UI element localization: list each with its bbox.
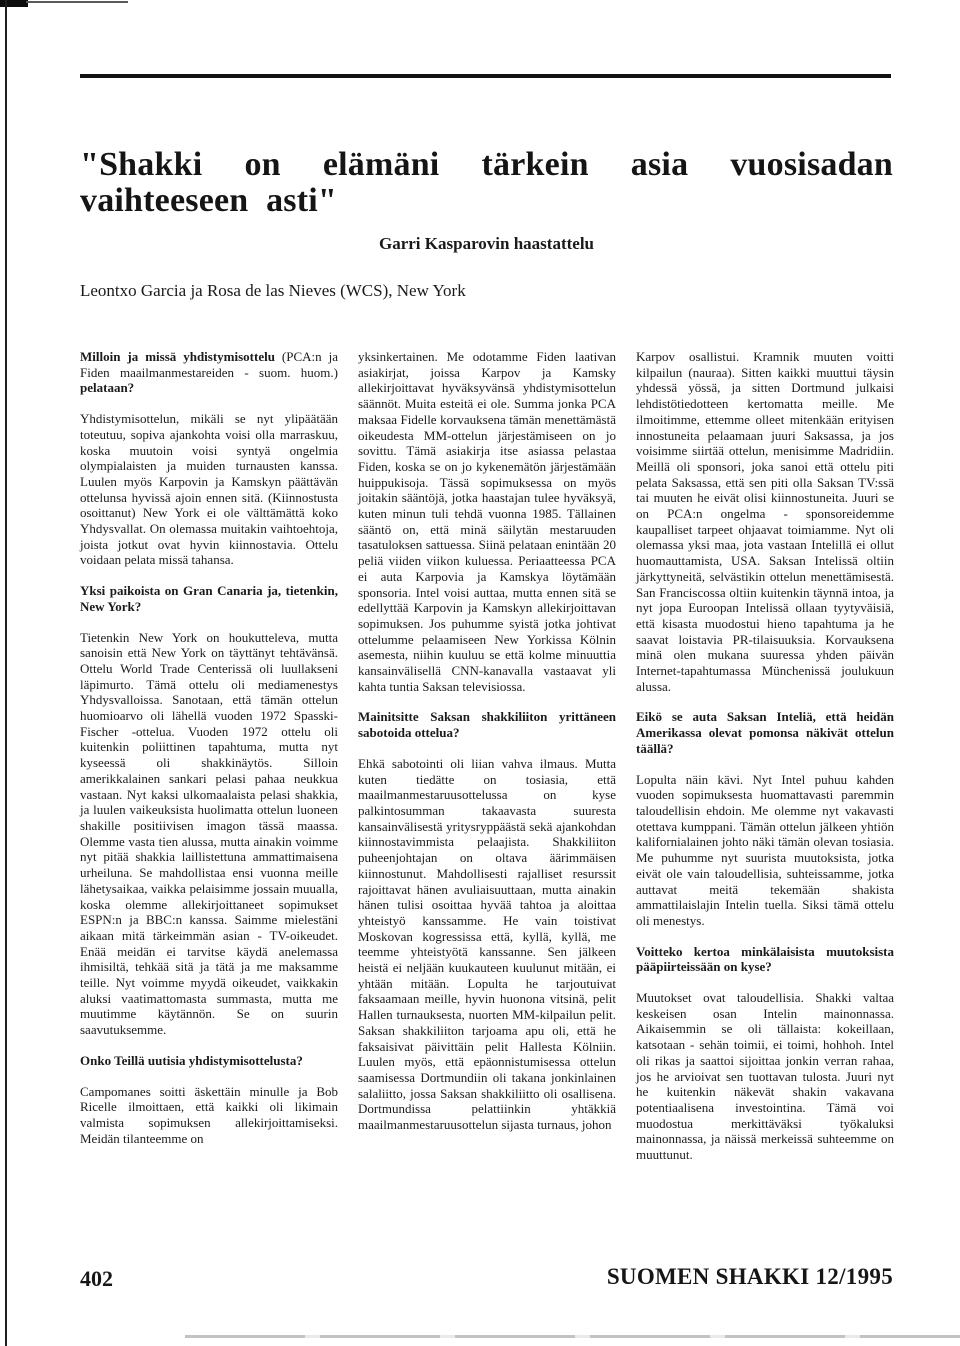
article-column-1: Milloin ja missä yhdistymisottelu (PCA:n… bbox=[80, 349, 338, 1178]
scan-artifact-left-edge-line bbox=[5, 0, 7, 1346]
interview-answer: Campomanes soitti äskettäin minulle ja B… bbox=[80, 1084, 338, 1147]
magazine-page: "Shakki on elämäni tärkein asia vuosisad… bbox=[0, 0, 960, 1346]
text-run: Voitteko kertoa minkälaisista muutoksist… bbox=[636, 944, 894, 975]
text-run: Karpov osallistui. Kramnik muuten voitti… bbox=[636, 349, 894, 694]
text-run: Eikö se auta Saksan Inteliä, että heidän… bbox=[636, 709, 894, 755]
article-columns: Milloin ja missä yhdistymisottelu (PCA:n… bbox=[80, 349, 894, 1178]
interview-answer: Ehkä sabotointi oli liian vahva ilmaus. … bbox=[358, 756, 616, 1133]
text-run: Lopulta näin kävi. Nyt Intel puhuu kahde… bbox=[636, 772, 894, 928]
scan-artifact-bottom-line bbox=[185, 1335, 960, 1338]
interview-answer: Muutokset ovat taloudellisia. Shakki val… bbox=[636, 990, 894, 1163]
text-run: Muutokset ovat taloudellisia. Shakki val… bbox=[636, 990, 894, 1162]
article-byline: Leontxo Garcia ja Rosa de las Nieves (WC… bbox=[80, 281, 780, 301]
text-run: Milloin ja missä yhdistymisottelu bbox=[80, 349, 282, 364]
article-subtitle: Garri Kasparovin haastattelu bbox=[80, 234, 893, 254]
footer-page-number: 402 bbox=[80, 1266, 113, 1292]
text-run: pelataan? bbox=[80, 380, 134, 395]
text-run: Ehkä sabotointi oli liian vahva ilmaus. … bbox=[358, 756, 616, 1132]
interview-question: Voitteko kertoa minkälaisista muutoksist… bbox=[636, 944, 894, 975]
interview-question: Milloin ja missä yhdistymisottelu (PCA:n… bbox=[80, 349, 338, 396]
header-divider-rule bbox=[80, 74, 891, 78]
text-run: Yksi paikoista on Gran Canaria ja, tiete… bbox=[80, 583, 338, 614]
interview-answer: Tietenkin New York on houkutteleva, mutt… bbox=[80, 630, 338, 1038]
text-run: yksinkertainen. Me odotamme Fiden laativ… bbox=[358, 349, 616, 694]
interview-answer: Karpov osallistui. Kramnik muuten voitti… bbox=[636, 349, 894, 694]
scan-artifact-top-line bbox=[26, 1, 128, 3]
text-run: Tietenkin New York on houkutteleva, mutt… bbox=[80, 630, 338, 1038]
text-run: Onko Teillä uutisia yhdistymisottelusta? bbox=[80, 1053, 303, 1068]
interview-question: Mainitsitte Saksan shakkiliiton yrittäne… bbox=[358, 709, 616, 740]
page-title: "Shakki on elämäni tärkein asia vuosisad… bbox=[80, 147, 893, 219]
text-run: Yhdistymisottelun, mikäli se nyt ylipäät… bbox=[80, 411, 338, 567]
article-column-2: yksinkertainen. Me odotamme Fiden laativ… bbox=[358, 349, 616, 1178]
interview-question: Yksi paikoista on Gran Canaria ja, tiete… bbox=[80, 583, 338, 614]
interview-question: Eikö se auta Saksan Inteliä, että heidän… bbox=[636, 709, 894, 756]
text-run: Mainitsitte Saksan shakkiliiton yrittäne… bbox=[358, 709, 616, 740]
text-run: Campomanes soitti äskettäin minulle ja B… bbox=[80, 1084, 338, 1146]
article-column-3: Karpov osallistui. Kramnik muuten voitti… bbox=[636, 349, 894, 1178]
interview-question: Onko Teillä uutisia yhdistymisottelusta? bbox=[80, 1053, 338, 1069]
interview-answer: Yhdistymisottelun, mikäli se nyt ylipäät… bbox=[80, 411, 338, 568]
interview-answer: Lopulta näin kävi. Nyt Intel puhuu kahde… bbox=[636, 772, 894, 929]
footer-magazine-title: SUOMEN SHAKKI 12/1995 bbox=[493, 1264, 893, 1290]
interview-answer: yksinkertainen. Me odotamme Fiden laativ… bbox=[358, 349, 616, 694]
